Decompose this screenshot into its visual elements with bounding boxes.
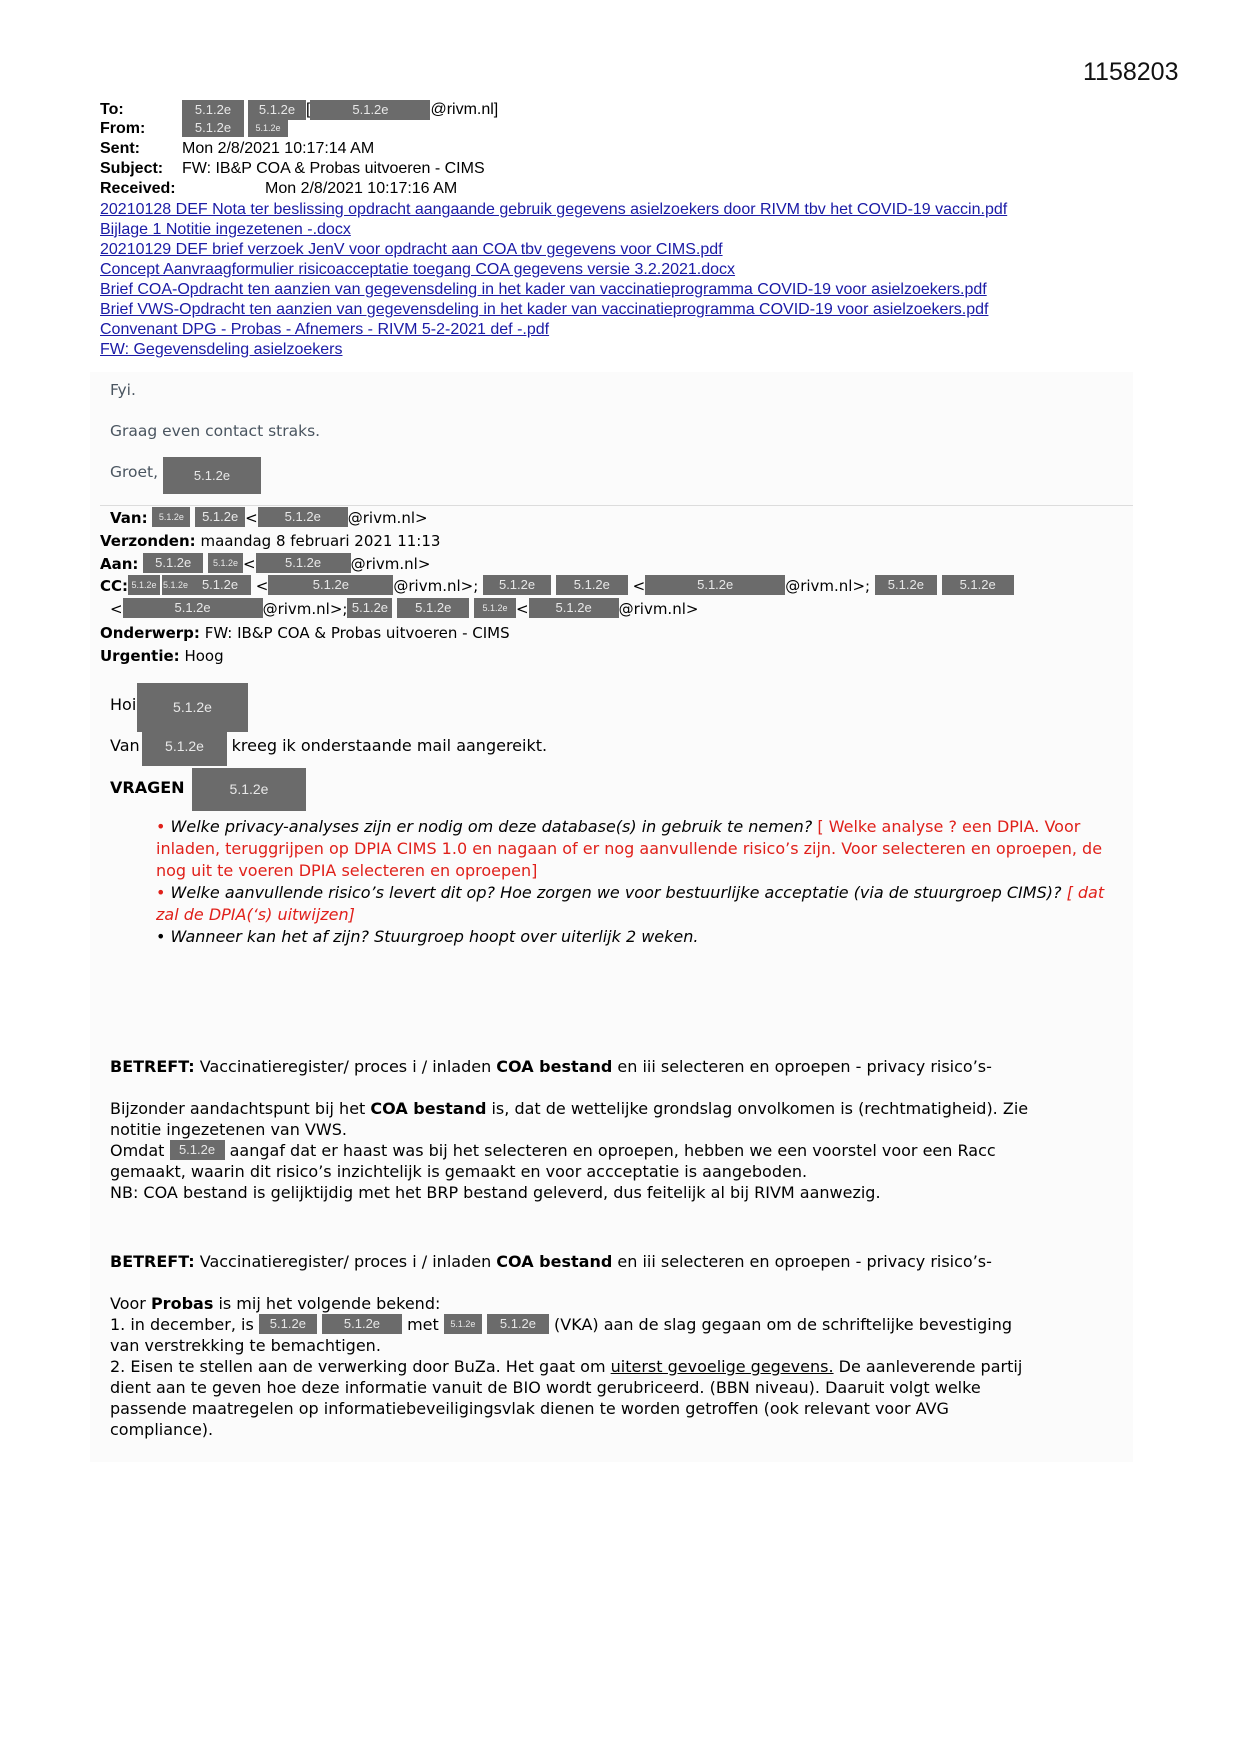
- betreft-text: en iii selecteren en oproepen - privacy …: [617, 1057, 992, 1076]
- section2-item1-cont: van verstrekking te bemachtigen.: [110, 1335, 381, 1356]
- section2-item1: 1. in december, is 5.1.2e 5.1.2e met 5.1…: [110, 1314, 1012, 1335]
- from-label: From:: [100, 119, 182, 139]
- text: 2. Eisen te stellen aan de verwerking do…: [110, 1357, 606, 1376]
- section1-p2-cont: gemaakt, waarin dit risico’s inzichtelij…: [110, 1161, 807, 1182]
- section1-p3: NB: COA bestand is gelijktijdig met het …: [110, 1182, 881, 1203]
- question-item: • Wanneer kan het af zijn? Stuurgroep ho…: [156, 926, 1116, 948]
- bullet-icon: •: [156, 817, 165, 836]
- question-item: • Welke aanvullende risico’s levert dit …: [156, 882, 1116, 926]
- fwd-verzonden-row: Verzonden: maandag 8 februari 2021 11:13: [100, 530, 440, 553]
- text-bold: COA bestand: [370, 1099, 486, 1118]
- cc-email-suffix: @rivm.nl>: [619, 600, 699, 618]
- attachment-link[interactable]: Brief VWS-Opdracht ten aanzien van gegev…: [100, 300, 1007, 320]
- text-bold: Probas: [151, 1294, 213, 1313]
- text: is, dat de wettelijke grondslag onvolkom…: [491, 1099, 1028, 1118]
- text: is mij het volgende bekend:: [218, 1294, 440, 1313]
- verzonden-label: Verzonden:: [100, 532, 196, 550]
- redaction: 5.1.2e: [268, 575, 393, 595]
- attachment-link[interactable]: 20210128 DEF Nota ter beslissing opdrach…: [100, 200, 1007, 220]
- received-label: Received:: [100, 179, 265, 199]
- text: Voor: [110, 1294, 146, 1313]
- lt: <: [110, 600, 123, 618]
- attachment-link[interactable]: FW: Gegevensdeling asielzoekers: [100, 340, 1007, 360]
- header-to-row: To:5.1.2e5.1.2e[5.1.2e@rivm.nl]: [100, 100, 498, 120]
- sent-value: Mon 2/8/2021 10:17:14 AM: [182, 140, 374, 157]
- section2-item2: 2. Eisen te stellen aan de verwerking do…: [110, 1356, 1022, 1377]
- text: (VKA) aan de slag gegaan om de schriftel…: [554, 1315, 1012, 1334]
- cc-email-suffix: @rivm.nl>;: [263, 600, 348, 618]
- section1-p2: Omdat 5.1.2e aangaf dat er haast was bij…: [110, 1140, 996, 1161]
- bullet-icon: •: [156, 927, 165, 946]
- redaction: 5.1.2e: [163, 457, 261, 494]
- header-subject-row: Subject:FW: IB&P COA & Probas uitvoeren …: [100, 159, 485, 179]
- header-received-row: Received:Mon 2/8/2021 10:17:16 AM: [100, 179, 457, 199]
- greeting-text: Groet,: [110, 463, 158, 481]
- redaction: 5.1.2e: [487, 1314, 549, 1334]
- question-text: Welke aanvullende risico’s levert dit op…: [171, 883, 1062, 902]
- redaction: 5.1.2e: [259, 1314, 317, 1334]
- lt: <: [633, 577, 646, 595]
- van-rest: kreeg ik onderstaande mail aangereikt.: [232, 736, 547, 755]
- urgentie-label: Urgentie:: [100, 647, 180, 665]
- section2-betreft: BETREFT: Vaccinatieregister/ proces i / …: [110, 1251, 992, 1272]
- attachment-link[interactable]: Convenant DPG - Probas - Afnemers - RIVM…: [100, 320, 1007, 340]
- lt: <: [245, 509, 258, 527]
- text: Bijzonder aandachtspunt bij het: [110, 1099, 365, 1118]
- redaction: 5.1.2e: [256, 553, 351, 573]
- redaction: 5.1.2e: [208, 553, 243, 573]
- text: De aanleverende partij: [839, 1357, 1023, 1376]
- question-item: • Welke privacy-analyses zijn er nodig o…: [156, 816, 1116, 882]
- divider: [100, 505, 1133, 506]
- redaction: 5.1.2e: [152, 507, 190, 527]
- van-word: Van: [110, 736, 140, 755]
- redaction: 5.1.2e: [444, 1314, 482, 1334]
- contact-text: Graag even contact straks.: [110, 422, 320, 440]
- fwd-cc-row: CC:5.1.2e5.1.2e5.1.2e <5.1.2e@rivm.nl>; …: [100, 575, 1014, 598]
- attachments-list: 20210128 DEF Nota ter beslissing opdrach…: [100, 200, 1007, 360]
- lt: <: [256, 577, 269, 595]
- aan-label: Aan:: [100, 555, 138, 573]
- redaction: 5.1.2e: [137, 683, 248, 732]
- betreft-label: BETREFT:: [110, 1057, 195, 1076]
- redaction: 5.1.2e: [875, 575, 937, 595]
- bullet-icon: •: [156, 883, 165, 902]
- betreft-text: Vaccinatieregister/ proces i / inladen: [200, 1252, 491, 1271]
- to-label: To:: [100, 100, 182, 120]
- fwd-van-row: Van: 5.1.2e 5.1.2e<5.1.2e@rivm.nl>: [110, 507, 428, 530]
- questions-list: • Welke privacy-analyses zijn er nodig o…: [156, 816, 1116, 948]
- redaction: 5.1.2e: [182, 100, 244, 120]
- section1-p1: Bijzonder aandachtspunt bij het COA best…: [110, 1098, 1028, 1119]
- fwd-urgentie-row: Urgentie: Hoog: [100, 645, 224, 668]
- section2-intro: Voor Probas is mij het volgende bekend:: [110, 1293, 440, 1314]
- betreft-label: BETREFT:: [110, 1252, 195, 1271]
- redaction: 5.1.2e: [645, 575, 785, 595]
- question-text: Wanneer kan het af zijn? Stuurgroep hoop…: [171, 927, 699, 946]
- text: met: [407, 1315, 439, 1334]
- onderwerp-label: Onderwerp:: [100, 624, 200, 642]
- redaction: 5.1.2e: [162, 575, 189, 595]
- cc-email-suffix: @rivm.nl>;: [393, 577, 478, 595]
- subject-label: Subject:: [100, 159, 182, 179]
- subject-value: FW: IB&P COA & Probas uitvoeren - CIMS: [182, 160, 485, 177]
- verzonden-value: maandag 8 februari 2021 11:13: [200, 532, 440, 550]
- redaction: 5.1.2e: [192, 768, 306, 811]
- redaction: 5.1.2e: [474, 598, 516, 618]
- onderwerp-value: FW: IB&P COA & Probas uitvoeren - CIMS: [205, 624, 510, 642]
- redaction: 5.1.2e: [942, 575, 1014, 595]
- fwd-onderwerp-row: Onderwerp: FW: IB&P COA & Probas uitvoer…: [100, 622, 510, 645]
- redaction: 5.1.2e: [258, 507, 348, 527]
- redaction: 5.1.2e: [248, 100, 306, 120]
- redaction: 5.1.2e: [123, 598, 263, 618]
- betreft-bold: COA bestand: [496, 1252, 612, 1271]
- redaction: 5.1.2e: [347, 598, 392, 618]
- hoi-text: Hoi: [110, 695, 136, 714]
- redaction: 5.1.2e: [195, 507, 245, 527]
- redaction: 5.1.2e: [128, 575, 160, 595]
- betreft-text: Vaccinatieregister/ proces i / inladen: [200, 1057, 491, 1076]
- text: aangaf dat er haast was bij het selecter…: [230, 1141, 996, 1160]
- attachment-link[interactable]: Brief COA-Opdracht ten aanzien van gegev…: [100, 280, 1007, 300]
- attachment-link[interactable]: Bijlage 1 Notitie ingezetenen -.docx: [100, 220, 1007, 240]
- urgentie-value: Hoog: [184, 647, 223, 665]
- fwd-aan-row: Aan: 5.1.2e 5.1.2e<5.1.2e@rivm.nl>: [100, 553, 430, 576]
- redaction: 5.1.2e: [322, 1314, 402, 1334]
- cc-email-suffix: @rivm.nl>;: [785, 577, 870, 595]
- redaction: 5.1.2e: [483, 575, 551, 595]
- section1-betreft: BETREFT: Vaccinatieregister/ proces i / …: [110, 1056, 992, 1077]
- redaction: 5.1.2e: [143, 553, 203, 573]
- section1-p1-cont: notitie ingezetenen van VWS.: [110, 1119, 347, 1140]
- cc-label: CC:: [100, 577, 128, 595]
- van-email-suffix: @rivm.nl>: [348, 509, 428, 527]
- header-sent-row: Sent:Mon 2/8/2021 10:17:14 AM: [100, 139, 374, 159]
- betreft-bold: COA bestand: [496, 1057, 612, 1076]
- section2-item2-cont: compliance).: [110, 1419, 213, 1440]
- vragen-heading: VRAGEN: [110, 778, 185, 797]
- document-number: 1158203: [1083, 58, 1178, 87]
- section2-item2-cont: dient aan te geven hoe deze informatie v…: [110, 1377, 981, 1398]
- text: Omdat: [110, 1141, 164, 1160]
- redaction: 5.1.2e: [142, 726, 227, 766]
- section2-item2-cont: passende maatregelen op informatiebeveil…: [110, 1398, 949, 1419]
- fwd-cc-row-2: <5.1.2e@rivm.nl>;5.1.2e 5.1.2e 5.1.2e<5.…: [110, 598, 698, 621]
- redaction: 5.1.2e: [189, 575, 251, 595]
- van-label: Van:: [110, 509, 148, 527]
- redaction: 5.1.2e: [397, 598, 469, 618]
- redaction: 5.1.2e: [182, 119, 244, 137]
- attachment-link[interactable]: Concept Aanvraagformulier risicoacceptat…: [100, 260, 1007, 280]
- sent-label: Sent:: [100, 139, 182, 159]
- redaction: 5.1.2e: [529, 598, 619, 618]
- aan-email-suffix: @rivm.nl>: [351, 555, 431, 573]
- lt: <: [516, 600, 529, 618]
- received-value: Mon 2/8/2021 10:17:16 AM: [265, 180, 457, 197]
- redaction: 5.1.2e: [170, 1140, 225, 1160]
- to-email-suffix: @rivm.nl]: [430, 101, 498, 118]
- lt: <: [243, 555, 256, 573]
- text: 1. in december, is: [110, 1315, 254, 1334]
- attachment-link[interactable]: 20210129 DEF brief verzoek JenV voor opd…: [100, 240, 1007, 260]
- redaction: 5.1.2e: [248, 119, 288, 137]
- redaction: 5.1.2e: [556, 575, 628, 595]
- underlined-text: uiterst gevoelige gegevens.: [611, 1357, 834, 1376]
- fyi-text: Fyi.: [110, 381, 136, 399]
- betreft-text: en iii selecteren en oproepen - privacy …: [617, 1252, 992, 1271]
- header-from-row: From:5.1.2e5.1.2e: [100, 119, 288, 139]
- question-text: Welke privacy-analyses zijn er nodig om …: [171, 817, 813, 836]
- redaction: 5.1.2e: [310, 100, 430, 120]
